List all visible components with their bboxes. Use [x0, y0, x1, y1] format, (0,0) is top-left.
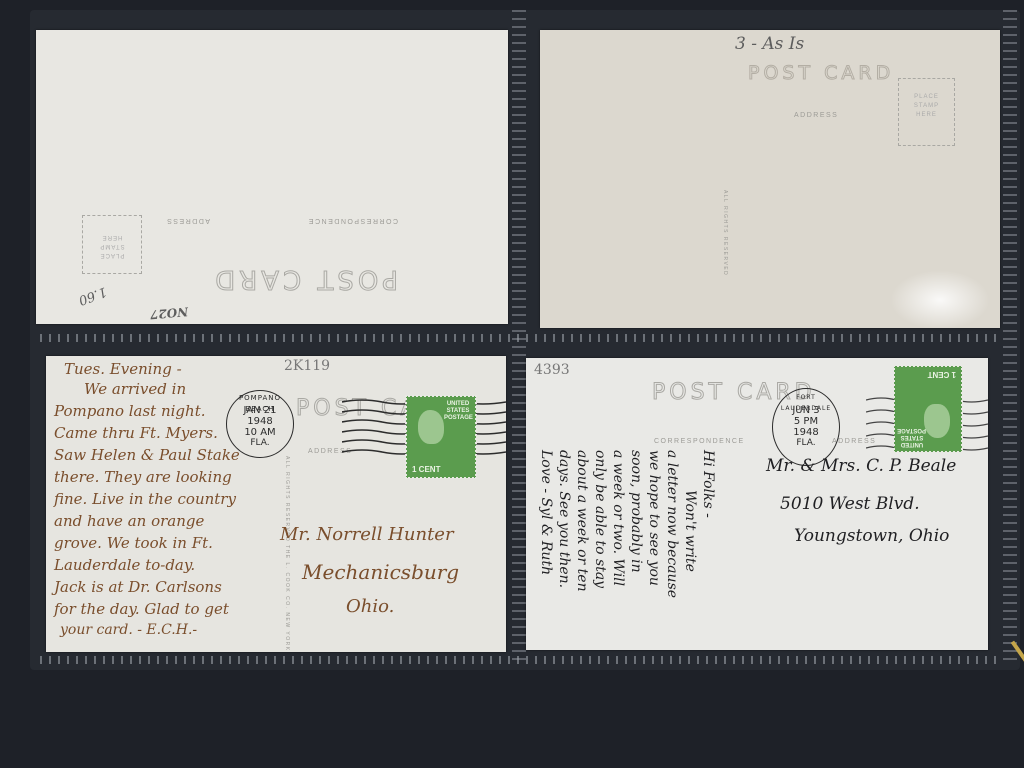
postcard-title: POST CARD [748, 62, 894, 84]
postmark-city: FORT LAUDERDALE [773, 392, 839, 414]
divider-text: ALL RIGHTS RESERVED THE L. COOK CO. NEW … [284, 456, 290, 652]
message-line: Came thru Ft. Myers. [54, 424, 218, 442]
postcard-top-left[interactable]: POST CARD CORRESPONDENCE ADDRESS PLACE S… [36, 30, 508, 324]
sleeve-perforation-middle [40, 334, 1000, 342]
message-line: for the day. Glad to get [54, 600, 229, 618]
address-label: ADDRESS [166, 217, 210, 224]
message-line: days. See you then. [556, 450, 572, 588]
postcard-bottom-right[interactable]: 4393 POST CARD CORRESPONDENCE ADDRESS FO… [526, 358, 988, 650]
message-line: Love - Syl & Ruth [538, 450, 554, 575]
pencil-condition-note: 3 - As Is [735, 34, 804, 54]
message-line: grove. We took in Ft. [54, 534, 213, 552]
message-line: we hope to see you [646, 450, 662, 586]
washington-portrait-icon [418, 410, 444, 444]
divider-text: ALL RIGHTS RESERVED [722, 190, 728, 276]
message-line: Lauderdale to-day. [54, 556, 195, 574]
stamp-box-line: STAMP [83, 241, 141, 250]
address-line: Mr. & Mrs. C. P. Beale [766, 456, 956, 476]
place-stamp-box: PLACE STAMP HERE [82, 215, 142, 274]
address-line: 5010 West Blvd. [780, 494, 920, 514]
message-line: We arrived in [84, 380, 186, 398]
message-line: Pompano last night. [54, 402, 206, 420]
message-line: a letter now because [664, 450, 680, 598]
postage-stamp: UNITED STATES POSTAGE 1 CENT [406, 396, 476, 478]
stamp-box-line: PLACE [83, 250, 141, 259]
message-line: fine. Live in the country [54, 490, 236, 508]
stamp-country: UNITED STATES POSTAGE [444, 401, 472, 422]
postmark-state: FLA. [773, 438, 839, 449]
washington-portrait-icon [924, 404, 950, 438]
postmark-fort-lauderdale: FORT LAUDERDALE JUN 3 5 PM 1948 FLA. [772, 388, 840, 466]
stamp-box-line: HERE [83, 232, 141, 241]
message-line: Tues. Evening - [64, 360, 182, 378]
postcard-top-right[interactable]: 3 - As Is POST CARD ADDRESS PLACE STAMP … [540, 30, 1000, 328]
stamp-box-line: STAMP [899, 102, 954, 111]
postmark-year: 1948 [227, 416, 293, 427]
postcard-bottom-left[interactable]: 2K119 POST CARD ADDRESS ALL RIGHTS RESER… [46, 356, 506, 652]
address-line: Mechanicsburg [302, 560, 459, 584]
stamp-box-line: PLACE [899, 93, 954, 102]
address-line: Youngstown, Ohio [794, 526, 949, 546]
place-stamp-box: PLACE STAMP HERE [898, 78, 955, 146]
postmark-time: 10 AM [227, 427, 293, 438]
message-line: Saw Helen & Paul Stake [54, 446, 240, 464]
message-line: there. They are looking [54, 468, 232, 486]
message-line: Won't write [682, 490, 698, 572]
postcard-title: POST CARD [211, 264, 398, 294]
postage-stamp-inverted: UNITED STATES POSTAGE 1 CENT [894, 366, 962, 452]
message-line: soon, probably in [628, 450, 644, 573]
address-label: ADDRESS [794, 112, 838, 119]
pencil-id-note: 2K119 [284, 358, 330, 374]
stamp-country: UNITED STATES POSTAGE [898, 426, 926, 447]
stamp-box-line: HERE [899, 111, 954, 120]
message-line: about a week or ten [574, 450, 590, 592]
stamp-value: 1 CENT [406, 465, 476, 474]
sleeve-glare [890, 270, 990, 328]
message-line: Jack is at Dr. Carlsons [54, 578, 222, 596]
message-line: and have an orange [54, 512, 204, 530]
message-line: only be able to stay [592, 450, 608, 588]
sleeve-perforation-bottom [40, 656, 1000, 664]
handwritten-message: Hi Folks - Won't write a letter now beca… [526, 358, 726, 650]
correspondence-label: CORRESPONDENCE [307, 217, 398, 224]
address-line: Mr. Norrell Hunter [280, 524, 454, 545]
postmark-time: 5 PM [773, 416, 839, 427]
postmark-city: POMPANO BEACH [227, 393, 293, 415]
message-line: Hi Folks - [700, 450, 716, 518]
postmark-year: 1948 [773, 427, 839, 438]
address-line: Ohio. [346, 596, 394, 617]
sleeve-perforation-right [1003, 10, 1017, 665]
stamp-value: 1 CENT [894, 370, 962, 379]
message-line: your card. - E.C.H.- [60, 622, 197, 638]
message-line: a week or two. Will [610, 450, 626, 586]
